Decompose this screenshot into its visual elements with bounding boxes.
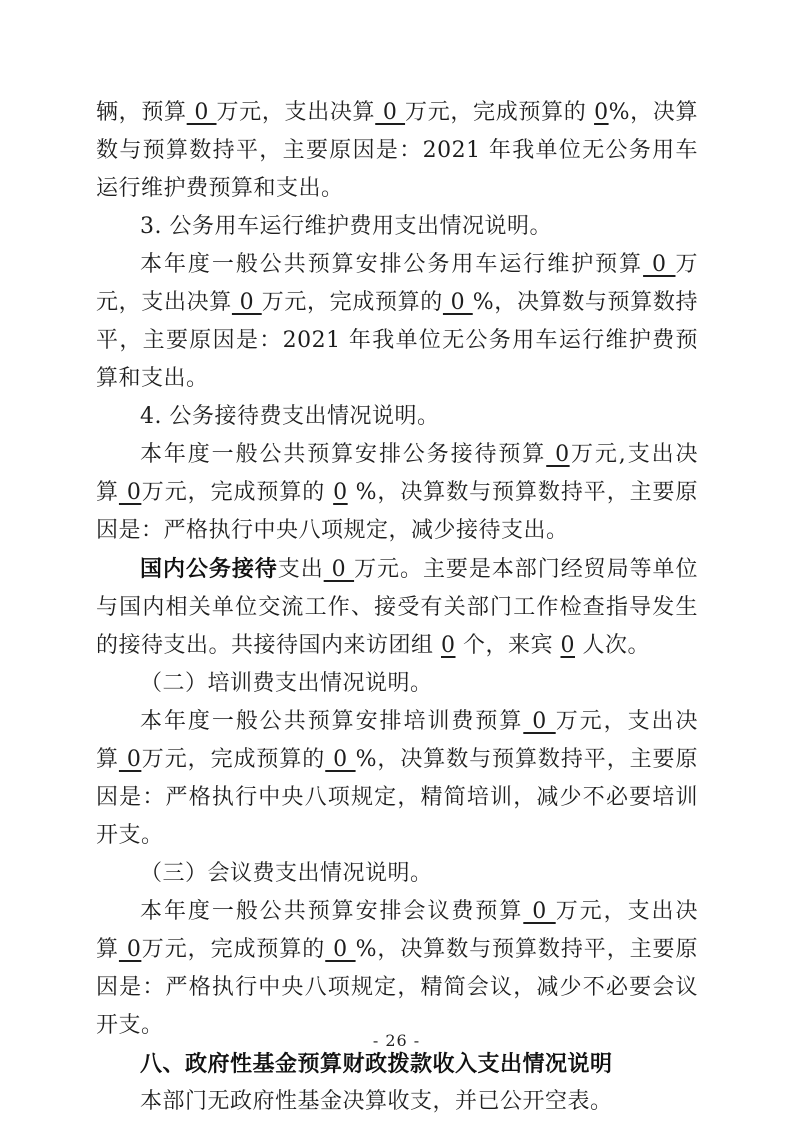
text-segment: 万元，支出决算	[217, 100, 376, 125]
text-segment: 本年度一般公共预算安排公务接待预算	[140, 442, 546, 467]
paragraph: 本年度一般公共预算安排公务用车运行维护预算 0 万元，支出决算 0 万元，完成预…	[96, 246, 698, 398]
text-segment: 万元，完成预算的	[141, 480, 333, 505]
blank-value: 0	[523, 709, 555, 734]
paragraph: 本年度一般公共预算安排公务接待预算 0万元,支出决算 0万元，完成预算的 0 %…	[96, 436, 698, 550]
text-segment: （二）培训费支出情况说明。	[140, 671, 433, 696]
blank-value: 0	[523, 899, 555, 924]
text-segment: 辆，预算	[96, 100, 187, 125]
blank-value: 0	[594, 100, 609, 125]
bold-text: 国内公务接待	[140, 556, 278, 581]
blank-value: 0	[546, 442, 569, 467]
blank-value: 0	[325, 937, 355, 962]
text-segment: 本年度一般公共预算安排公务用车运行维护预算	[140, 252, 643, 277]
text-segment: 万元，完成预算的	[405, 100, 594, 125]
document-body: 辆，预算 0 万元，支出决算 0 万元，完成预算的 0%，决算数与预算数持平，主…	[96, 94, 698, 1121]
blank-value: 0	[325, 747, 355, 772]
section-heading: 八、政府性基金预算财政拨款收入支出情况说明	[96, 1045, 698, 1083]
page-footer: - 26 -	[0, 1031, 793, 1050]
blank-value: 0	[324, 557, 354, 582]
paragraph: （二）培训费支出情况说明。	[96, 665, 698, 703]
blank-value: 0	[119, 480, 141, 505]
paragraph: 本年度一般公共预算安排会议费预算 0 万元，支出决算 0万元，完成预算的 0 %…	[96, 893, 698, 1045]
paragraph: 国内公务接待支出 0 万元。主要是本部门经贸局等单位与国内相关单位交流工作、接受…	[96, 550, 698, 665]
text-segment: 个，来宾	[456, 633, 561, 658]
blank-value: 0	[119, 747, 141, 772]
blank-value: 0	[375, 100, 405, 125]
blank-value: 0	[333, 480, 348, 505]
paragraph: （三）会议费支出情况说明。	[96, 855, 698, 893]
text-segment: 万元，完成预算的	[262, 290, 443, 315]
text-segment: 支出	[278, 557, 324, 582]
blank-value: 0	[119, 937, 141, 962]
text-segment: 万元，完成预算的	[141, 747, 325, 772]
blank-value: 0	[441, 633, 456, 658]
text-segment: 本年度一般公共预算安排会议费预算	[140, 899, 523, 924]
paragraph: 本部门无政府性基金决算收支，并已公开空表。	[96, 1083, 698, 1121]
text-segment: 人次。	[575, 633, 650, 658]
text-segment: 本年度一般公共预算安排培训费预算	[140, 709, 523, 734]
blank-value: 0	[561, 633, 576, 658]
paragraph: 3. 公务用车运行维护费用支出情况说明。	[96, 208, 698, 246]
blank-value: 0	[443, 290, 473, 315]
paragraph: 辆，预算 0 万元，支出决算 0 万元，完成预算的 0%，决算数与预算数持平，主…	[96, 94, 698, 208]
blank-value: 0	[232, 290, 262, 315]
paragraph: 4. 公务接待费支出情况说明。	[96, 398, 698, 436]
paragraph: 本年度一般公共预算安排培训费预算 0 万元，支出决算 0万元，完成预算的 0 %…	[96, 703, 698, 855]
blank-value: 0	[643, 252, 675, 277]
document-page: 辆，预算 0 万元，支出决算 0 万元，完成预算的 0%，决算数与预算数持平，主…	[0, 0, 793, 1122]
blank-value: 0	[187, 100, 217, 125]
text-segment: 4. 公务接待费支出情况说明。	[140, 404, 439, 429]
page-number: - 26 -	[373, 1031, 420, 1050]
text-segment: 万元，完成预算的	[141, 937, 325, 962]
text-segment: 3. 公务用车运行维护费用支出情况说明。	[140, 214, 552, 239]
text-segment: 八、政府性基金预算财政拨款收入支出情况说明	[140, 1051, 613, 1076]
text-segment: 本部门无政府性基金决算收支，并已公开空表。	[140, 1089, 613, 1114]
text-segment: （三）会议费支出情况说明。	[140, 861, 433, 886]
